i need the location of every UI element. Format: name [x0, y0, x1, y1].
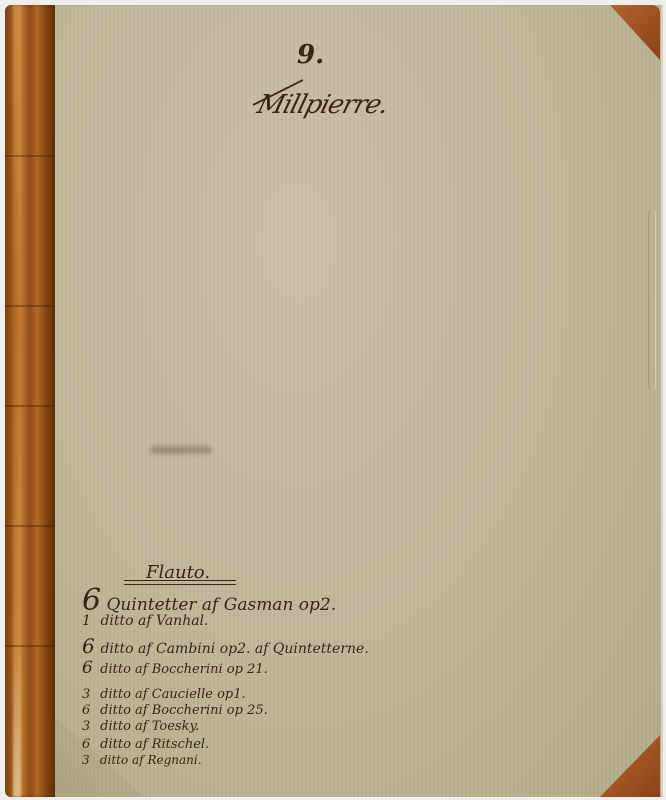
contents-list: 6 Quintetter af Gasman op2. 1 ditto af V…: [82, 586, 369, 770]
entry-quantity: 6: [82, 738, 96, 751]
spine-band: [5, 645, 57, 647]
entry-quantity: 6: [82, 586, 101, 616]
list-item: 6 Quintetter af Gasman op2.: [82, 586, 369, 614]
entry-text: ditto af Cambini op2. af Quintetterne.: [100, 641, 368, 657]
owner-signature: Millpierre.: [254, 90, 391, 120]
entry-text: ditto af Vanhal.: [100, 613, 208, 629]
list-item: 6 ditto af Ritschel.: [82, 738, 369, 754]
entry-text: ditto af Boccherini op 21.: [100, 662, 268, 677]
entry-text: ditto af Regnani.: [100, 753, 202, 767]
heading-double-rule: [124, 580, 236, 585]
list-item: 6 ditto af Boccherini op 21.: [82, 660, 369, 688]
spine-band: [5, 525, 57, 527]
list-item: 3 ditto af Caucielle op1.: [82, 688, 369, 704]
entry-quantity: 6: [82, 704, 96, 717]
leather-spine: [5, 5, 57, 797]
spine-band: [5, 305, 57, 307]
list-item: 6 ditto af Cambini op2. af Quintetterne.: [82, 636, 369, 660]
entry-quantity: 1: [82, 614, 96, 628]
entry-quantity: 3: [82, 720, 96, 733]
spine-band: [5, 405, 57, 407]
list-item: 6 ditto af Boccherini op 25.: [82, 704, 369, 720]
entry-text: ditto af Boccherini op 25.: [100, 703, 268, 718]
entry-text: Quintetter af Gasman op2.: [107, 595, 337, 615]
entry-text: ditto af Toesky.: [100, 719, 199, 734]
list-item: 1 ditto af Vanhal.: [82, 614, 369, 636]
entry-quantity: 3: [82, 688, 96, 701]
edge-crease: [648, 210, 656, 390]
entry-quantity: 6: [82, 660, 96, 677]
entry-text: ditto af Ritschel.: [100, 737, 209, 752]
ink-smudge: [150, 446, 212, 454]
list-item: 3 ditto af Regnani.: [82, 754, 369, 770]
list-item: 3 ditto af Toesky.: [82, 720, 369, 738]
spine-band: [5, 155, 57, 157]
entry-quantity: 6: [82, 636, 96, 656]
entry-text: ditto af Caucielle op1.: [100, 687, 245, 702]
entry-quantity: 3: [82, 754, 96, 766]
volume-number: 9.: [297, 40, 324, 70]
